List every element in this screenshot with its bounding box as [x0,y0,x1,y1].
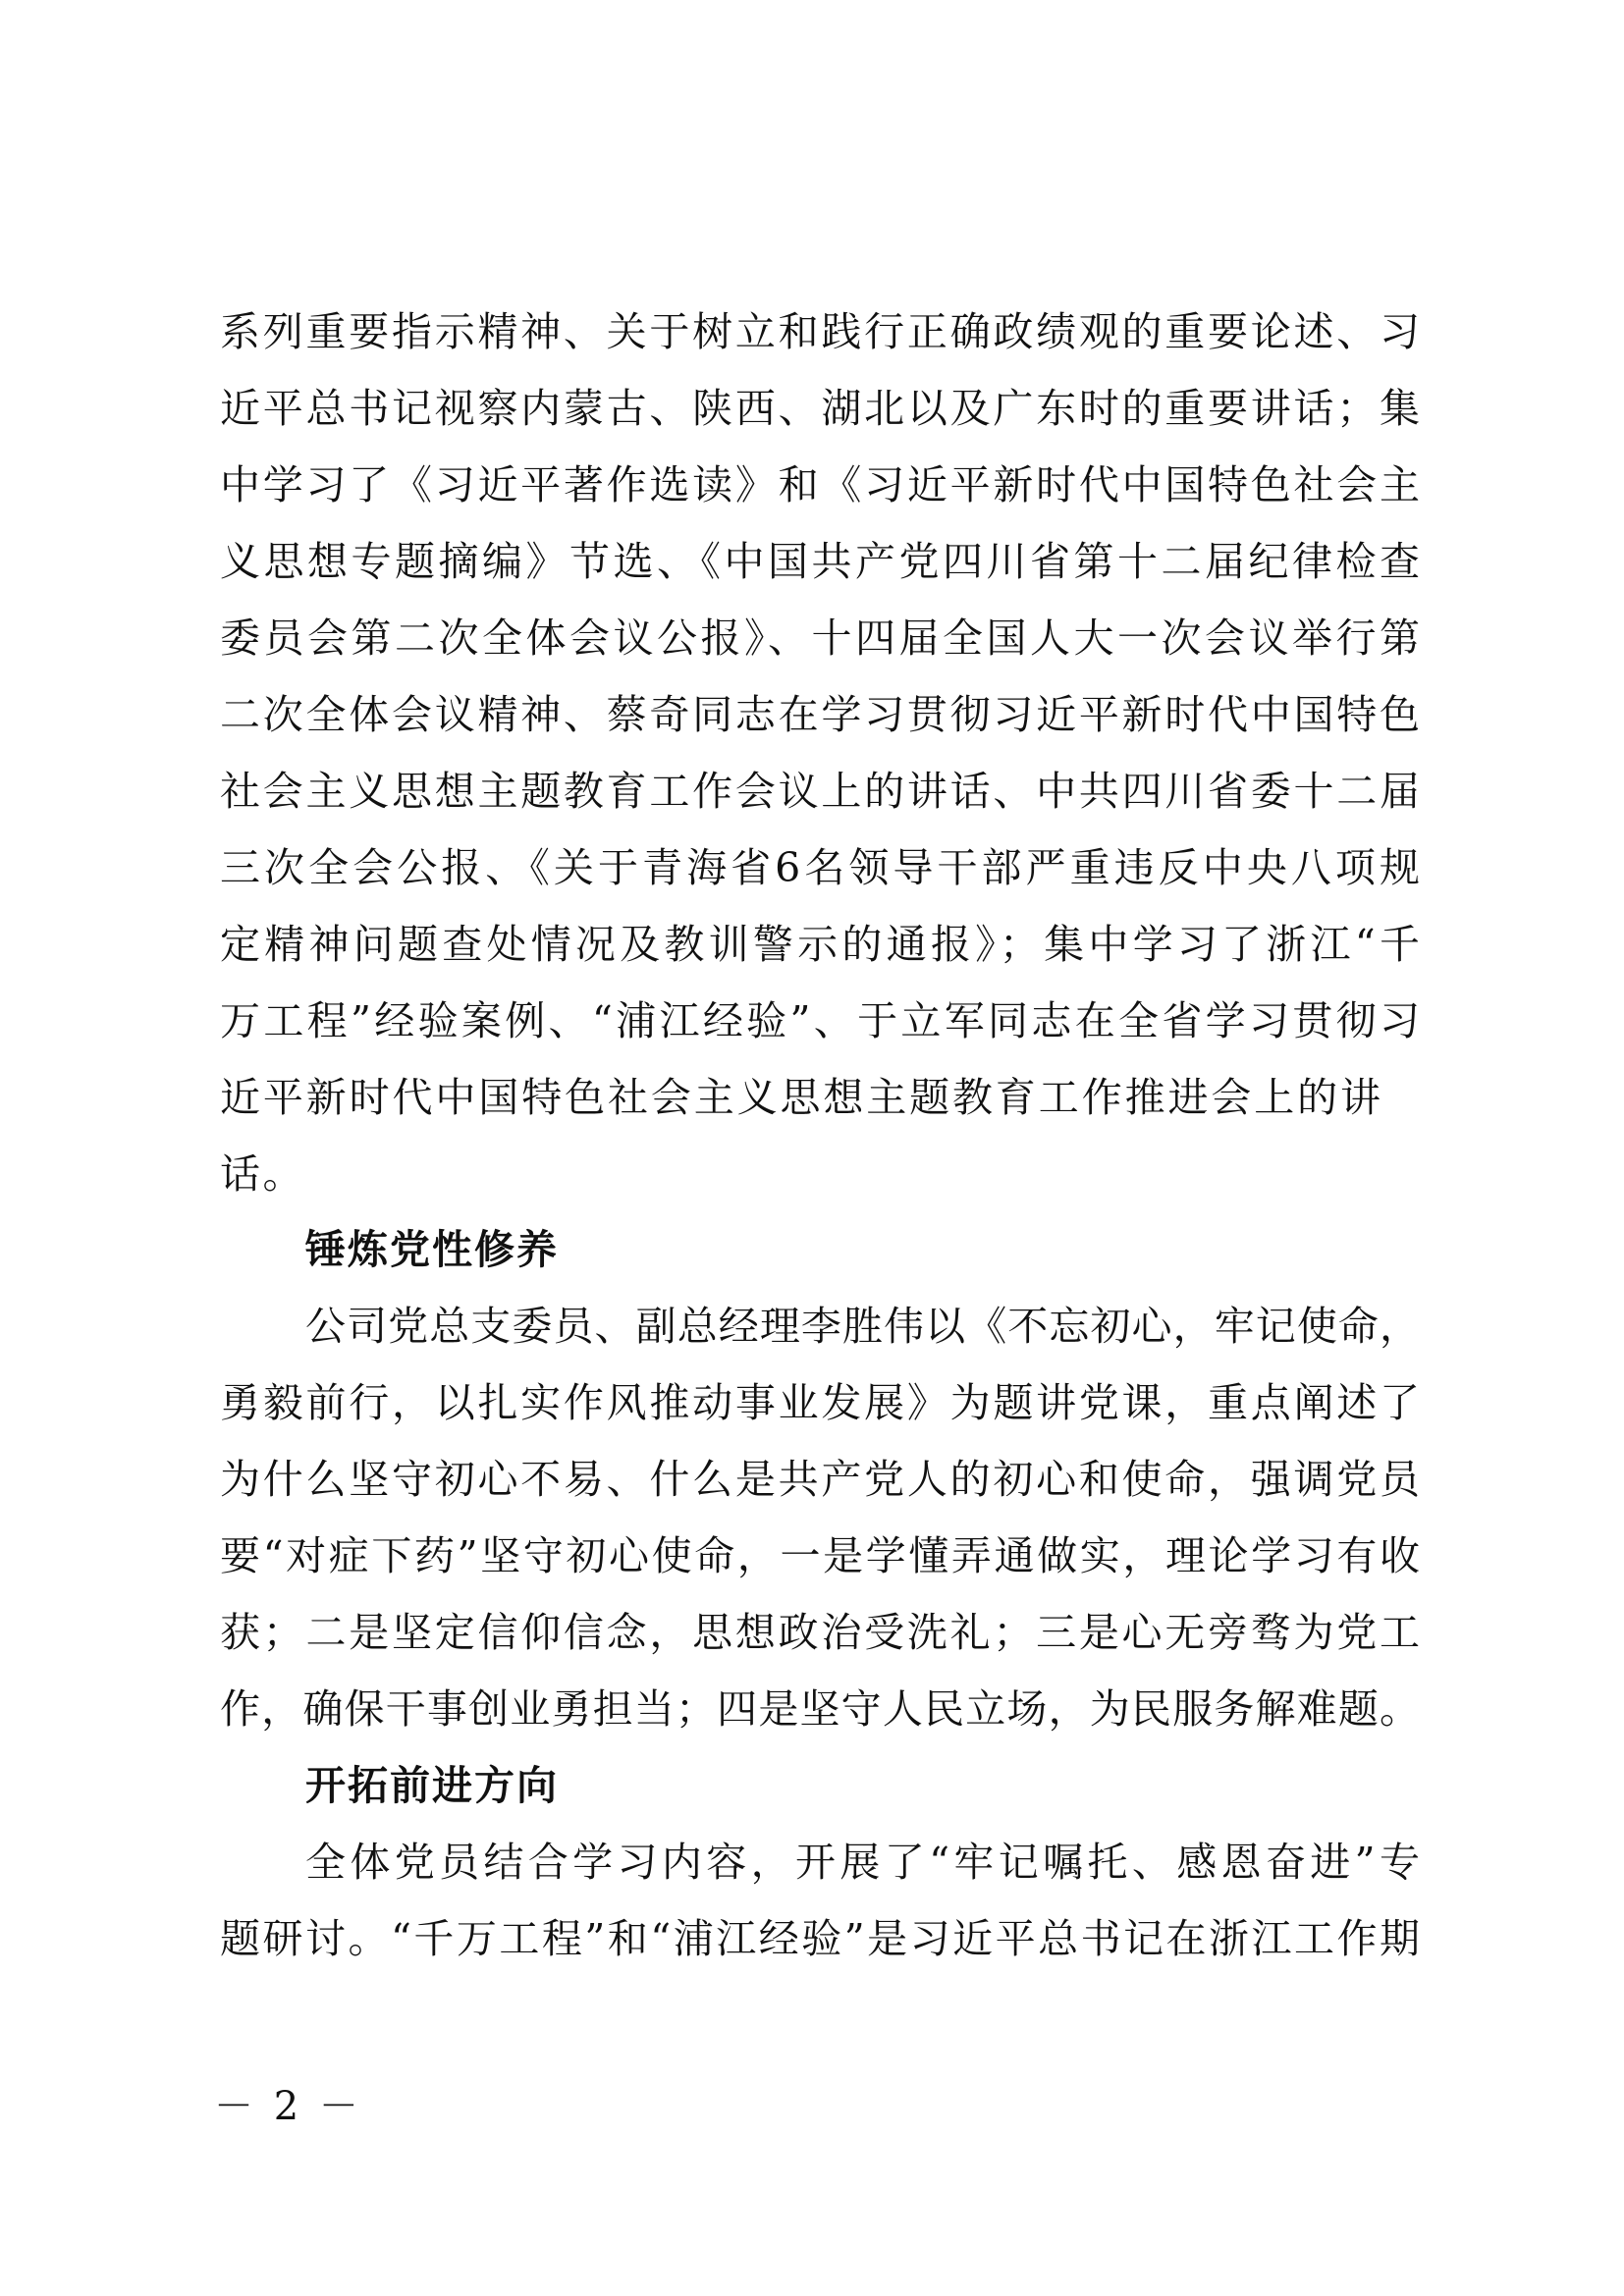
text-line: 系列重要指示精神、关于树立和践行正确政绩观的重要论述、习 [220,308,1420,355]
text-line: 委员会第二次全体会议公报》、十四届全国人大一次会议举行第 [220,614,1420,662]
text-line: 社会主义思想主题教育工作会议上的讲话、中共四川省委十二届 [220,768,1420,815]
text-line: 万工程”经验案例、“浦江经验”、于立军同志在全省学习贯彻习 [220,997,1420,1044]
section-heading: 锤炼党性修养 [305,1226,559,1273]
text-line: 获；二是坚定信仰信念，思想政治受洗礼；三是心无旁骛为党工 [220,1609,1420,1656]
text-line: 为什么坚守初心不易、什么是共产党人的初心和使命，强调党员 [220,1456,1420,1503]
text-line: 全体党员结合学习内容，开展了“牢记嘱托、感恩奋进”专 [305,1839,1420,1886]
text-line: 近平总书记视察内蒙古、陕西、湖北以及广东时的重要讲话；集 [220,385,1420,432]
text-line: 勇毅前行，以扎实作风推动事业发展》为题讲党课，重点阐述了 [220,1379,1420,1426]
text-line: 三次全会公报、《关于青海省6名领导干部严重违反中央八项规 [220,844,1420,891]
page-number: － 2 － [214,2083,362,2130]
text-line: 中学习了《习近平著作选读》和《习近平新时代中国特色社会主 [220,461,1420,508]
text-line: 题研讨。“千万工程”和“浦江经验”是习近平总书记在浙江工作期 [220,1915,1420,1962]
text-line: 义思想专题摘编》节选、《中国共产党四川省第十二届纪律检查 [220,538,1420,585]
text-line: 公司党总支委员、副总经理李胜伟以《不忘初心，牢记使命， [305,1303,1420,1350]
section-heading: 开拓前进方向 [305,1762,559,1809]
text-line: 话。 [220,1150,1420,1198]
text-line: 作，确保干事创业勇担当；四是坚守人民立场，为民服务解难题。 [220,1685,1420,1733]
text-line: 二次全体会议精神、蔡奇同志在学习贯彻习近平新时代中国特色 [220,691,1420,738]
text-line: 近平新时代中国特色社会主义思想主题教育工作推进会上的讲 [220,1074,1380,1121]
text-line: 定精神问题查处情况及教训警示的通报》；集中学习了浙江“千 [220,921,1420,968]
text-line: 要“对症下药”坚守初心使命，一是学懂弄通做实，理论学习有收 [220,1532,1420,1579]
